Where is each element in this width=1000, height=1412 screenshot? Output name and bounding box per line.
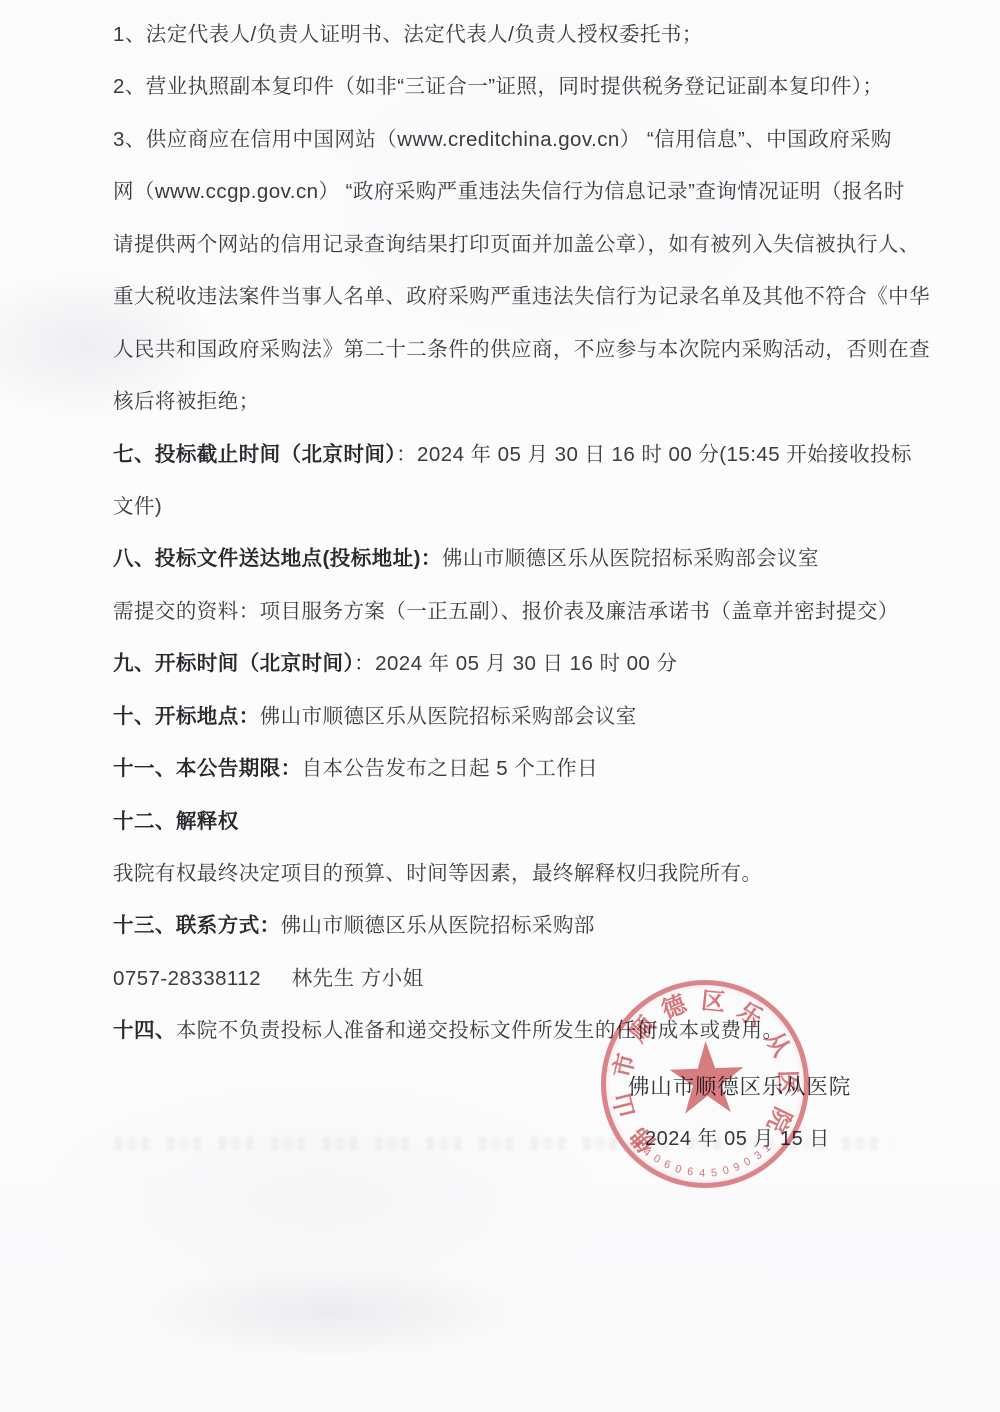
doc-line: 请提供两个网站的信用记录查询结果打印页面并加盖公章），如有被列入失信被执行人、 [113,219,913,271]
doc-line: 九、开标时间（北京时间）：2024 年 05 月 30 日 16 时 00 分 [113,638,913,690]
doc-line-bold: 十一、本公告期限： [113,757,302,780]
doc-line-bold: 九、开标时间（北京时间） [113,652,354,675]
seal-code-char: 4 [641,1146,653,1158]
seal-code-char: 4 [632,1138,644,1150]
doc-line-text: 3、供应商应在信用中国网站（www.creditchina.gov.cn） “信… [113,128,892,151]
doc-line-text: 佛山市顺德区乐从医院招标采购部会议室 [260,705,637,728]
doc-line-text: 1、法定代表人/负责人证明书、法定代表人/负责人授权委托书； [113,23,703,46]
doc-line-text: 自本公告发布之日起 5 个工作日 [302,757,599,780]
doc-line: 十二、解释权 [113,796,913,848]
doc-line: 十一、本公告期限：自本公告发布之日起 5 个工作日 [113,743,913,795]
doc-line-text: ：2024 年 05 月 30 日 16 时 00 分 [354,652,677,675]
seal-code-arc: 4406064509031 [597,976,812,1191]
scan-smudge [130,1265,530,1360]
doc-line-text: 佛山市顺德区乐从医院招标采购部会议室 [442,547,819,570]
official-seal: 佛山市顺德区乐从医院 4406064509031 [597,976,812,1191]
doc-line-bold: 十、开标地点： [113,705,260,728]
doc-line-text: 佛山市顺德区乐从医院招标采购部 [281,914,595,937]
doc-line: 十、开标地点：佛山市顺德区乐从医院招标采购部会议室 [113,691,913,743]
seal-code-char: 6 [662,1159,672,1172]
doc-line: 1、法定代表人/负责人证明书、法定代表人/负责人授权委托书； [113,9,913,61]
doc-line: 重大税收违法案件当事人名单、政府采购严重违法失信行为记录名单及其他不符合《中华 [113,271,913,323]
doc-line: 核后将被拒绝； [113,376,913,428]
seal-code-char: 4 [699,1168,706,1179]
seal-code-char: 0 [743,1157,754,1170]
seal-code-char: 1 [761,1143,773,1155]
document-body: 1、法定代表人/负责人证明书、法定代表人/负责人授权委托书； 2、营业执照副本复… [113,9,913,1058]
seal-code-char: 0 [721,1166,729,1178]
seal-code-char: 0 [674,1164,683,1176]
doc-line-bold: 十二、解释权 [113,810,239,833]
seal-code-char: 3 [753,1150,764,1162]
scan-smudge [40,1080,600,1320]
doc-line: 3、供应商应在信用中国网站（www.creditchina.gov.cn） “信… [113,114,913,166]
doc-line-text: 0757-28338112 林先生 方小姐 [113,967,424,990]
doc-line: 人民共和国政府采购法》第二十二条件的供应商，不应参与本次院内采购活动，否则在查 [113,324,913,376]
doc-line-text: 人民共和国政府采购法》第二十二条件的供应商，不应参与本次院内采购活动，否则在查 [113,338,930,361]
doc-line: 八、投标文件送达地点(投标地址)：佛山市顺德区乐从医院招标采购部会议室 [113,533,913,585]
doc-line: 2、营业执照副本复印件（如非“三证合一”证照，同时提供税务登记证副本复印件）； [113,61,913,113]
doc-line: 网（www.ccgp.gov.cn） “政府采购严重违法失信行为信息记录”查询情… [113,166,913,218]
doc-line-text: 请提供两个网站的信用记录查询结果打印页面并加盖公章），如有被列入失信被执行人、 [113,233,920,256]
doc-line-text: 重大税收违法案件当事人名单、政府采购严重违法失信行为记录名单及其他不符合《中华 [113,285,930,308]
doc-line-bold: 七、投标截止时间（北京时间） [113,443,396,466]
doc-line-text: 核后将被拒绝； [113,390,260,413]
seal-code-char: 9 [732,1162,742,1174]
doc-line: 七、投标截止时间（北京时间）：2024 年 05 月 30 日 16 时 00 … [113,429,913,481]
doc-line-bold: 十四、 [113,1019,176,1042]
doc-line-text: 我院有权最终决定项目的预算、时间等因素，最终解释权归我院所有。 [113,862,762,885]
doc-line: 我院有权最终决定项目的预算、时间等因素，最终解释权归我院所有。 [113,848,913,900]
doc-line-text: 需提交的资料：项目服务方案（一正五副）、报价表及廉洁承诺书（盖章并密封提交） [113,600,899,623]
doc-line-text: ：2024 年 05 月 30 日 16 时 00 分(15:45 开始接收投标 [396,443,912,466]
doc-line-bold: 八、投标文件送达地点(投标地址)： [113,547,442,570]
doc-line-text: 文件) [113,495,162,518]
doc-line: 文件) [113,481,913,533]
doc-line-bold: 十三、联系方式： [113,914,281,937]
doc-line: 十三、联系方式：佛山市顺德区乐从医院招标采购部 [113,900,913,952]
seal-code-char: 6 [686,1167,694,1179]
scanned-document-page: 1、法定代表人/负责人证明书、法定代表人/负责人授权委托书； 2、营业执照副本复… [0,0,1000,1412]
doc-line: 需提交的资料：项目服务方案（一正五副）、报价表及廉洁承诺书（盖章并密封提交） [113,586,913,638]
doc-line-text: 网（www.ccgp.gov.cn） “政府采购严重违法失信行为信息记录”查询情… [113,180,905,203]
doc-line-text: 2、营业执照副本复印件（如非“三证合一”证照，同时提供税务登记证副本复印件）； [113,75,883,98]
seal-code-char: 5 [710,1168,717,1180]
seal-code-char: 0 [651,1153,662,1166]
